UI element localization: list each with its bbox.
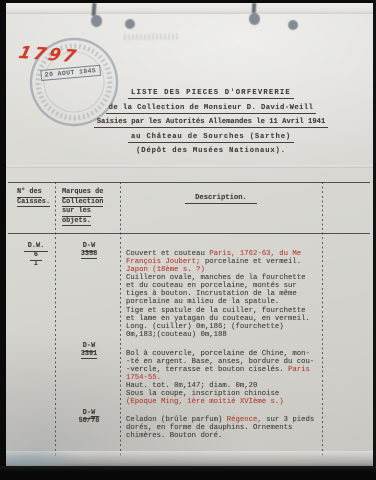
item-description: Couvert et couteau Paris, 1762-63, du Me…	[126, 250, 324, 340]
hdr-line: sur les	[62, 207, 103, 217]
collection-mark: D-W3358	[58, 243, 120, 259]
description-line: Bol à couvercle, porcelaine de Chine, mo…	[126, 350, 324, 358]
mark-line: 50/78	[58, 418, 120, 426]
title-line: de la Collection de Monsieur D. David-We…	[66, 104, 356, 112]
punch-hole-dot	[125, 19, 135, 29]
header-caisses: N° desCaisses.	[17, 188, 50, 207]
description-line: Long. (cuiller) 0m,186; (fourchette)	[126, 323, 324, 331]
description-line: 1754-55.	[126, 374, 324, 382]
table-top-rule	[8, 182, 370, 183]
mark-line: 3391	[58, 351, 120, 359]
caisse-line: I	[16, 261, 56, 269]
description-line: et lame en yatagan du couteau, en vermei…	[126, 315, 324, 323]
paper-sheet: 20 AOUT 1945 1797 LISTE DES PIECES D'ORF…	[6, 3, 373, 466]
header-description: Description.	[120, 194, 322, 204]
punch-hole-dot	[288, 20, 298, 30]
table-column-divider	[55, 182, 56, 458]
paper-top-edge	[6, 3, 373, 14]
description-line: Tige et spatule de la cuiller, fourchett…	[126, 307, 324, 315]
header-marques: Marques deCollectionsur lesobjets.	[62, 188, 103, 226]
hdr-line: Collection	[62, 198, 103, 208]
paper-crease	[6, 165, 373, 168]
document-title-block: LISTE DES PIECES D'ORFEVRERIEde la Colle…	[66, 89, 356, 162]
description-line: -té en argent. Base, anses, bordure du c…	[126, 358, 324, 366]
table-header-rule	[8, 233, 370, 234]
description-line: porcelaine au milieu de la spatule.	[126, 298, 324, 306]
punch-hole-dot	[249, 13, 260, 25]
item-description: Celadon (brûle parfum) Régence, sur 3 pi…	[126, 416, 324, 440]
mark-line: 3358	[58, 251, 120, 259]
description-line: 0m,183;(couteau) 0m,188	[126, 331, 324, 339]
caisse-number: D.W.6I	[16, 243, 56, 269]
hdr-line: Marques de	[62, 188, 103, 198]
ink-smudge	[252, 3, 257, 13]
description-line: Celadon (brûle parfum) Régence, sur 3 pi…	[126, 416, 324, 424]
description-line: (Epoque Ming, 1ère moitié XVIème s.)	[126, 398, 324, 406]
description-line: Cuilleron ovale, manches de la fourchett…	[126, 274, 324, 282]
table-column-divider	[120, 182, 121, 458]
item-description: Bol à couvercle, porcelaine de Chine, mo…	[126, 350, 324, 407]
title-line: Saisies par les Autorités Allemandes le …	[66, 118, 356, 126]
collection-mark: D-W3391	[58, 343, 120, 359]
scan-border	[0, 466, 376, 480]
description-line: Couvert et couteau Paris, 1762-63, du Me	[126, 250, 324, 258]
handwritten-number: 1797	[17, 43, 81, 67]
description-line: Japon (18ème s. ?)	[126, 266, 324, 274]
collection-mark: D-W50/78	[58, 410, 120, 426]
scanned-document: 20 AOUT 1945 1797 LISTE DES PIECES D'ORF…	[0, 0, 376, 480]
title-line: (Dépôt des Musées Nationaux).	[66, 147, 356, 155]
hdr-line: Description.	[120, 194, 322, 204]
title-line: LISTE DES PIECES D'ORFEVRERIE	[66, 89, 356, 97]
scan-border	[0, 0, 6, 480]
title-line: au Château de Sourches (Sarthe)	[66, 133, 356, 141]
description-line: -vercle, terrasse et bouton ciselés. Par…	[126, 366, 324, 374]
faint-typed-smudge	[124, 34, 180, 41]
scan-border	[0, 0, 376, 3]
punch-hole-dot	[91, 15, 102, 27]
description-line: François Joubert; porcelaine et vermeil.	[126, 258, 324, 266]
hdr-line: Caisses.	[17, 198, 50, 208]
description-line: chimères. Bouton doré.	[126, 432, 324, 440]
hdr-line: objets.	[62, 217, 103, 227]
hdr-line: N° des	[17, 188, 50, 198]
